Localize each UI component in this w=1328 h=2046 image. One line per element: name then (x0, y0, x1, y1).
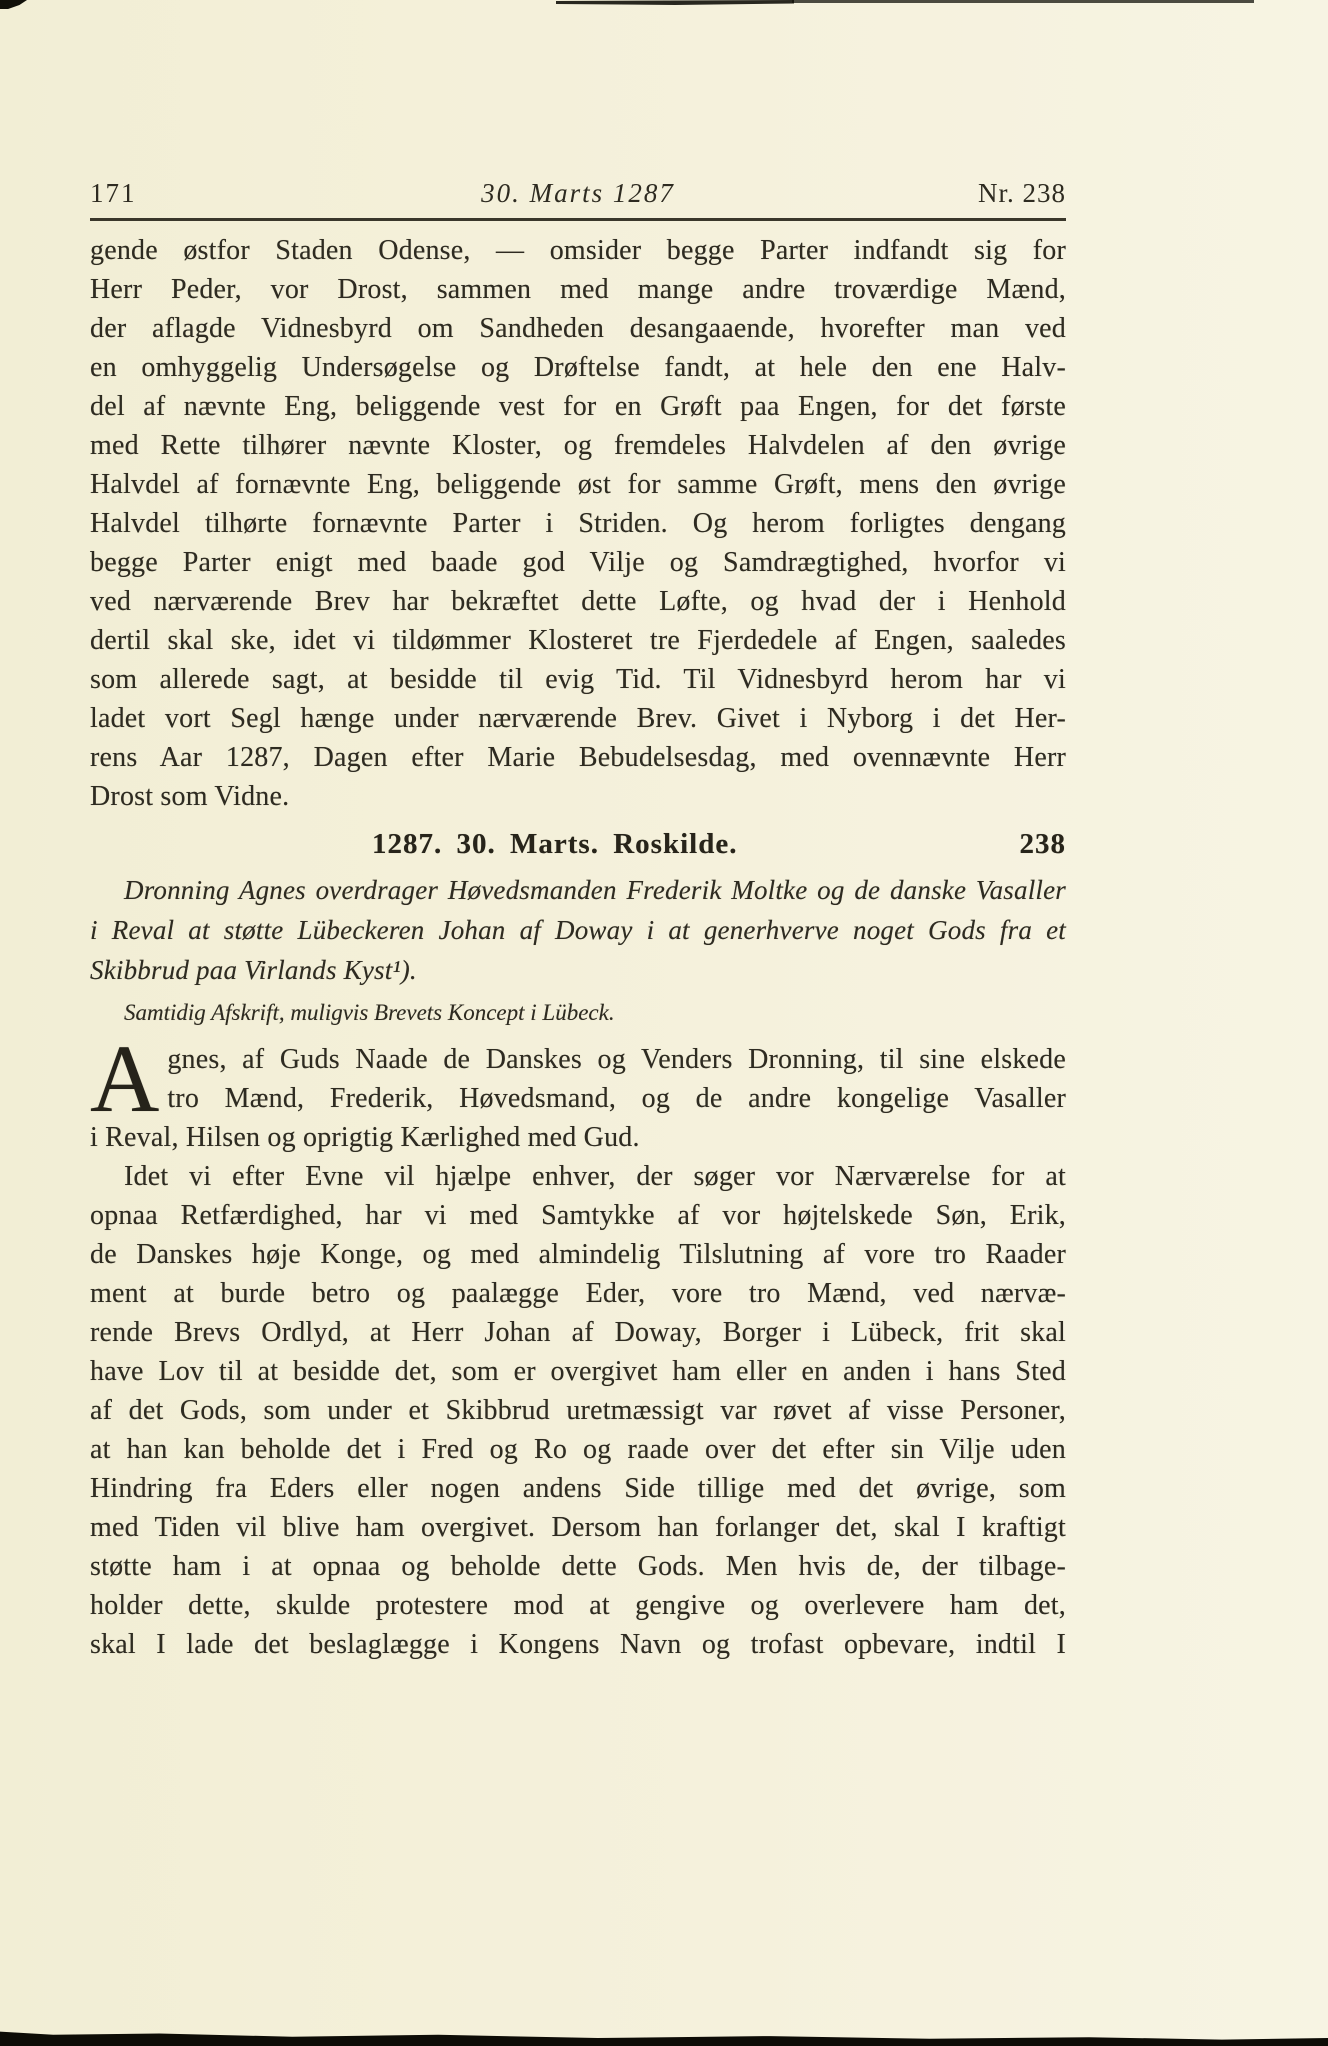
text-line: i Reval, Hilsen og oprigtig Kærlighed me… (90, 1118, 1066, 1157)
text-line: med Tiden vil blive ham overgivet. Derso… (90, 1508, 1066, 1547)
text-line: Idet vi efter Evne vil hjælpe enhver, de… (90, 1157, 1066, 1196)
text-line: ladet vort Segl hænge under nærværende B… (90, 699, 1066, 738)
text-line: Herr Peder, vor Drost, sammen med mange … (90, 270, 1066, 309)
text-column: 171 30. Marts 1287 Nr. 238 gende østfor … (90, 178, 1066, 1664)
section-heading-title: 1287. 30. Marts. Roskilde. (372, 824, 737, 864)
regest-summary: Dronning Agnes overdrager Høvedsmanden F… (90, 870, 1066, 990)
letter-opening: A gnes, af Guds Naade de Danskes og Vend… (90, 1040, 1066, 1157)
entry-number-label: Nr. 238 (822, 178, 1066, 209)
summary-line: i Reval at støtte Lübeckeren Johan af Do… (90, 910, 1066, 950)
source-note: Samtidig Afskrift, muligvis Brevets Konc… (90, 998, 1066, 1028)
page-number: 171 (90, 178, 334, 209)
text-line: de Danskes høje Konge, og med almindelig… (90, 1235, 1066, 1274)
text-line: dertil skal ske, idet vi tildømmer Klost… (90, 621, 1066, 660)
text-line: støtte ham i at opnaa og beholde dette G… (90, 1547, 1066, 1586)
text-line: der aflagde Vidnesbyrd om Sandheden desa… (90, 309, 1066, 348)
text-line: rens Aar 1287, Dagen efter Marie Bebudel… (90, 738, 1066, 777)
text-line: gnes, af Guds Naade de Danskes og Vender… (90, 1040, 1066, 1079)
text-line: ved nærværende Brev har bekræftet dette … (90, 582, 1066, 621)
text-line: skal I lade det beslaglægge i Kongens Na… (90, 1625, 1066, 1664)
text-line: Halvdel tilhørte fornævnte Parter i Stri… (90, 504, 1066, 543)
running-title: 30. Marts 1287 (334, 178, 822, 209)
text-line: del af nævnte Eng, beliggende vest for e… (90, 387, 1066, 426)
section-heading-number: 238 (1019, 824, 1066, 864)
drop-cap: A (90, 1042, 159, 1118)
text-line: Hindring fra Eders eller nogen andens Si… (90, 1469, 1066, 1508)
text-line: som allerede sagt, at besidde til evig T… (90, 660, 1066, 699)
text-line: gende østfor Staden Odense, — omsider be… (90, 231, 1066, 270)
scan-artifact-top-edge (556, 0, 794, 5)
text-line: af det Gods, som under et Skibbrud uretm… (90, 1391, 1066, 1430)
text-line: holder dette, skulde protestere mod at g… (90, 1586, 1066, 1625)
text-line: have Lov til at besidde det, som er over… (90, 1352, 1066, 1391)
letter-body: Idet vi efter Evne vil hjælpe enhver, de… (90, 1157, 1066, 1664)
scan-artifact-top-edge (792, 0, 1254, 3)
page-header: 171 30. Marts 1287 Nr. 238 (90, 178, 1066, 221)
document-continuation-text: gende østfor Staden Odense, — omsider be… (90, 231, 1066, 816)
scan-artifact-top-left-corner (0, 0, 27, 9)
text-line: Drost som Vidne. (90, 777, 1066, 816)
text-line: begge Parter enigt med baade god Vilje o… (90, 543, 1066, 582)
text-line: tro Mænd, Frederik, Høvedsmand, og de an… (90, 1079, 1066, 1118)
text-line: en omhyggelig Undersøgelse og Drøftelse … (90, 348, 1066, 387)
text-line: ment at burde betro og paalægge Eder, vo… (90, 1274, 1066, 1313)
scan-artifact-bottom-edge (0, 2030, 1328, 2046)
text-line: Halvdel af fornævnte Eng, beliggende øst… (90, 465, 1066, 504)
text-line: med Rette tilhører nævnte Kloster, og fr… (90, 426, 1066, 465)
letter-text: A gnes, af Guds Naade de Danskes og Vend… (90, 1040, 1066, 1664)
text-line: at han kan beholde det i Fred og Ro og r… (90, 1430, 1066, 1469)
scanned-book-page: 171 30. Marts 1287 Nr. 238 gende østfor … (0, 0, 1328, 2046)
summary-line: Dronning Agnes overdrager Høvedsmanden F… (90, 870, 1066, 910)
text-line: rende Brevs Ordlyd, at Herr Johan af Dow… (90, 1313, 1066, 1352)
text-line: opnaa Retfærdighed, har vi med Samtykke … (90, 1196, 1066, 1235)
section-heading: 1287. 30. Marts. Roskilde. 238 (90, 824, 1066, 864)
summary-line: Skibbrud paa Virlands Kyst¹). (90, 950, 1066, 990)
